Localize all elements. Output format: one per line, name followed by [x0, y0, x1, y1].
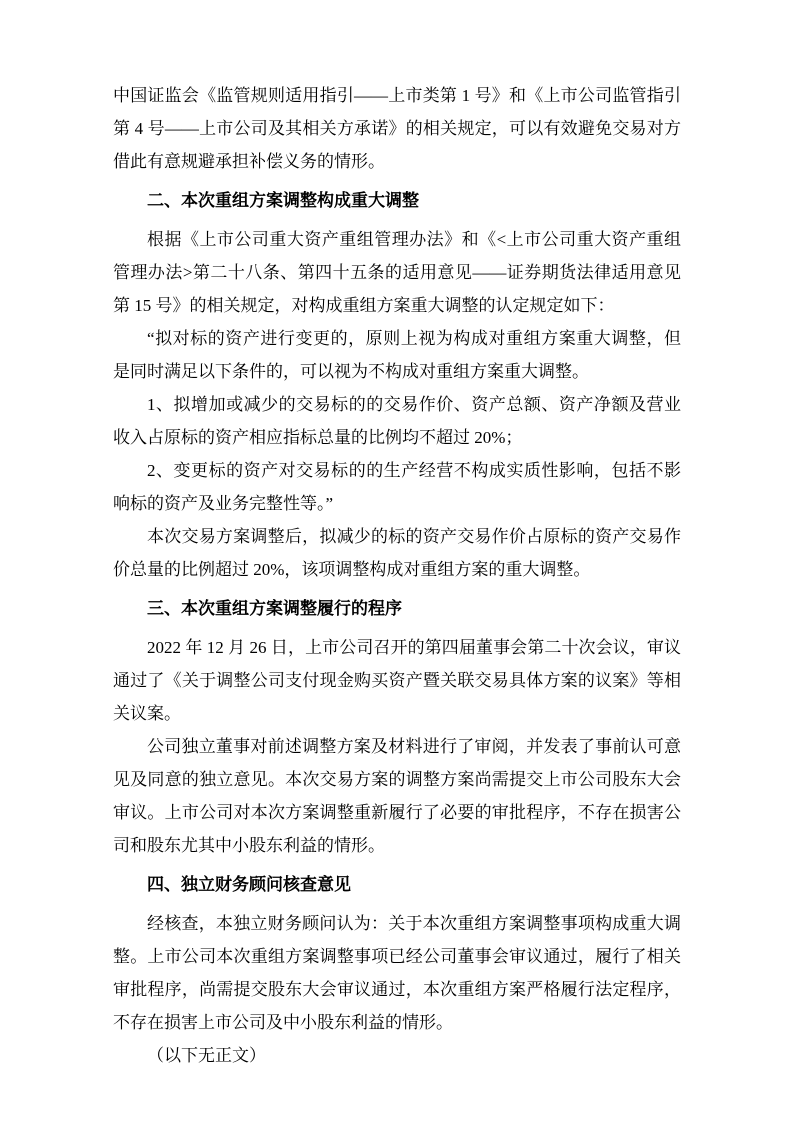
- paragraph-board-meeting: 2022 年 12 月 26 日，上市公司召开的第四届董事会第二十次会议，审议通…: [113, 631, 681, 730]
- paragraph-no-more-text: （以下无正文）: [113, 1039, 681, 1072]
- section-heading-2-major-adjustment: 二、本次重组方案调整构成重大调整: [113, 184, 681, 217]
- section-heading-3-procedures: 三、本次重组方案调整履行的程序: [113, 592, 681, 625]
- paragraph-advisor-conclusion: 经核查，本独立财务顾问认为：关于本次重组方案调整事项构成重大调整。上市公司本次重…: [113, 907, 681, 1039]
- section-heading-4-advisor-opinion: 四、独立财务顾问核查意见: [113, 868, 681, 901]
- paragraph-regulation-continuation: 中国证监会《监管规则适用指引——上市类第 1 号》和《上市公司监管指引第 4 号…: [113, 79, 681, 178]
- paragraph-condition-1: 1、拟增加或减少的交易标的的交易作价、资产总额、资产净额及营业收入占原标的资产相…: [113, 388, 681, 454]
- document-page: 中国证监会《监管规则适用指引——上市类第 1 号》和《上市公司监管指引第 4 号…: [0, 0, 793, 1122]
- paragraph-basis-of-rules: 根据《上市公司重大资产重组管理办法》和《<上市公司重大资产重组管理办法>第二十八…: [113, 223, 681, 322]
- document-body: 中国证监会《监管规则适用指引——上市类第 1 号》和《上市公司监管指引第 4 号…: [113, 79, 681, 1072]
- paragraph-quote-principle: “拟对标的资产进行变更的，原则上视为构成对重组方案重大调整，但是同时满足以下条件…: [113, 322, 681, 388]
- paragraph-independent-directors: 公司独立董事对前述调整方案及材料进行了审阅，并发表了事前认可意见及同意的独立意见…: [113, 730, 681, 862]
- paragraph-condition-2: 2、变更标的资产对交易标的的生产经营不构成实质性影响，包括不影响标的资产及业务完…: [113, 454, 681, 520]
- paragraph-conclusion-major-adjustment: 本次交易方案调整后，拟减少的标的资产交易作价占原标的资产交易作价总量的比例超过 …: [113, 520, 681, 586]
